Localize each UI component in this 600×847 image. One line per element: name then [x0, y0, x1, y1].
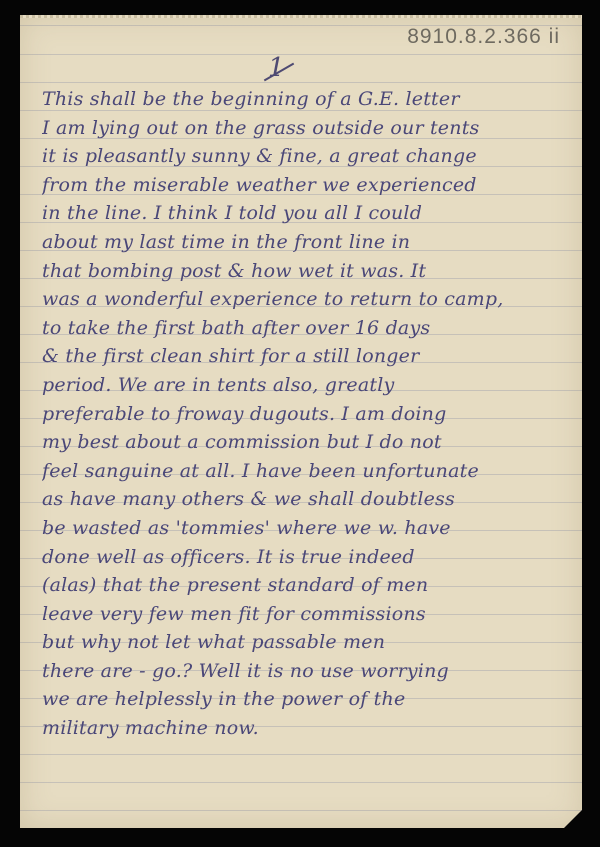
text-line: feel sanguine at all. I have been unfort…: [42, 457, 574, 486]
text-line: preferable to froway dugouts. I am doing: [42, 400, 574, 429]
handwritten-text: This shall be the beginning of a G.E. le…: [42, 85, 574, 743]
text-line: period. We are in tents also, greatly: [42, 371, 574, 400]
text-line: as have many others & we shall doubtless: [42, 485, 574, 514]
folded-corner: [564, 810, 582, 828]
text-line: my best about a commission but I do not: [42, 428, 574, 457]
text-line: military machine now.: [42, 714, 574, 743]
text-line: in the line. I think I told you all I co…: [42, 199, 574, 228]
text-line: about my last time in the front line in: [42, 228, 574, 257]
text-line: & the first clean shirt for a still long…: [42, 342, 574, 371]
text-line: it is pleasantly sunny & fine, a great c…: [42, 142, 574, 171]
text-line: was a wonderful experience to return to …: [42, 285, 574, 314]
text-line: (alas) that the present standard of men: [42, 571, 574, 600]
text-line: be wasted as 'tommies' where we w. have: [42, 514, 574, 543]
text-line: leave very few men fit for commissions: [42, 600, 574, 629]
text-line: from the miserable weather we experience…: [42, 171, 574, 200]
text-line: This shall be the beginning of a G.E. le…: [42, 85, 574, 114]
text-line: but why not let what passable men: [42, 628, 574, 657]
catalog-number: 8910.8.2.366 ii: [407, 25, 560, 49]
text-line: to take the first bath after over 16 day…: [42, 314, 574, 343]
letter-page: 8910.8.2.366 ii 1 This shall be the begi…: [20, 15, 582, 828]
text-line: I am lying out on the grass outside our …: [42, 114, 574, 143]
text-line: that bombing post & how wet it was. It: [42, 257, 574, 286]
text-line: done well as officers. It is true indeed: [42, 543, 574, 572]
text-line: we are helplessly in the power of the: [42, 685, 574, 714]
text-line: there are - go.? Well it is no use worry…: [42, 657, 574, 686]
